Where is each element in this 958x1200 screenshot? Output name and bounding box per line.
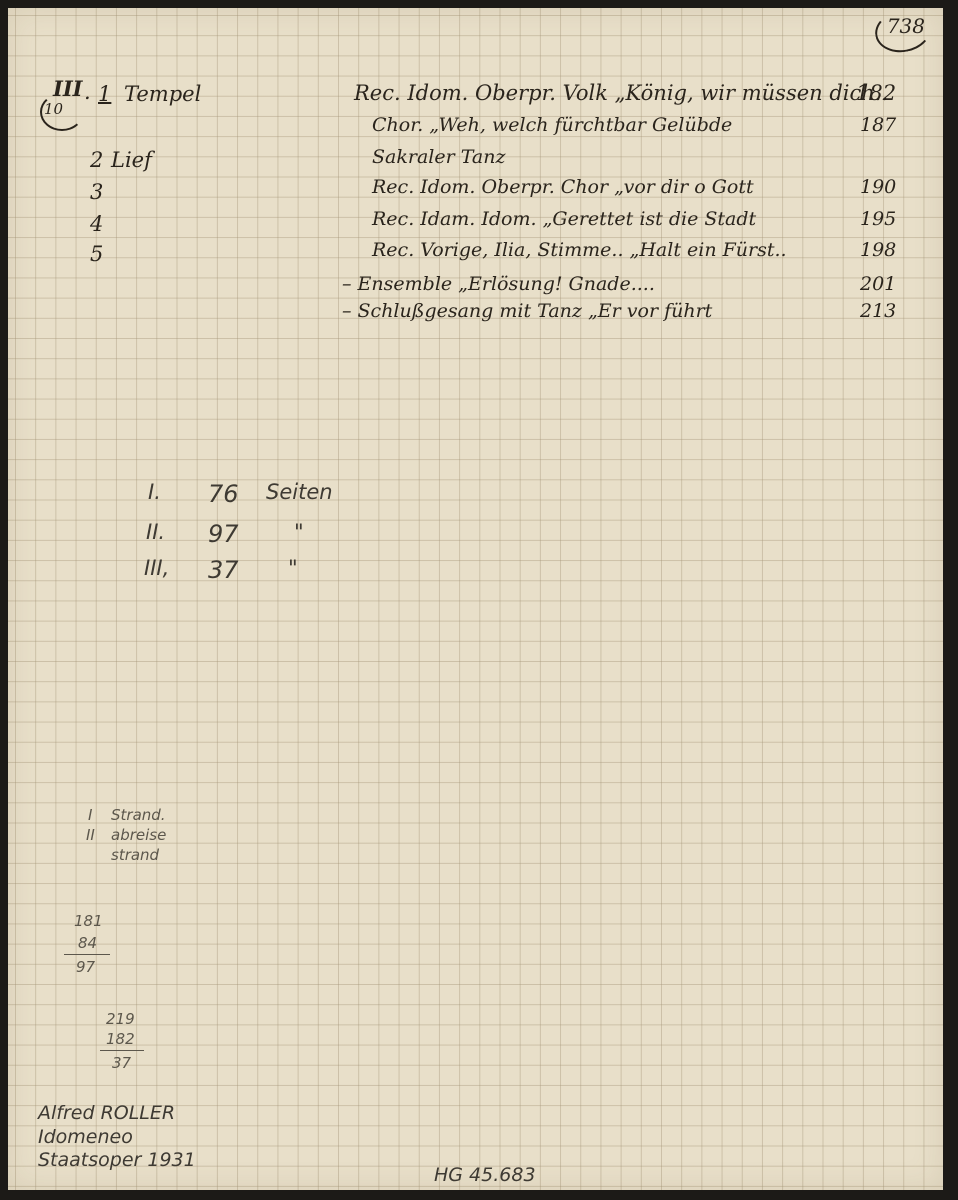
count-unit-1: Seiten	[266, 480, 333, 504]
set-label-2: II	[86, 826, 95, 844]
scene-location-1: Tempel	[124, 82, 201, 106]
entry-text-4: Rec. Idom. Oberpr. Chor „vor dir o Gott	[372, 176, 754, 198]
count-unit-3: "	[288, 556, 298, 580]
set-label-1: I	[88, 806, 92, 824]
count-value-3: 37	[208, 556, 239, 584]
grid-paper-page: 738 III 10 . 1 Tempel 2 Lief 3 4 5 Rec. …	[8, 8, 943, 1190]
entry-page-4: 190	[860, 176, 896, 198]
signature-line-1: Alfred ROLLER	[38, 1102, 175, 1124]
scene-number-5: 5	[90, 242, 103, 266]
set-text-1: Strand.	[111, 806, 166, 824]
scene-number-3: 3	[90, 180, 103, 204]
set-text-3: strand	[111, 846, 159, 864]
scene-number-4: 4	[90, 212, 103, 236]
count-value-2: 97	[208, 520, 239, 548]
entry-page-7: 201	[860, 273, 896, 295]
calc1-result: 97	[76, 958, 95, 976]
scene-number-2: 2	[90, 148, 103, 172]
act-numeral: III	[53, 76, 82, 101]
entry-page-8: 213	[860, 300, 896, 322]
entry-text-3: Sakraler Tanz	[372, 146, 505, 168]
count-act-1: I.	[148, 480, 161, 504]
act-circled-number: 10	[44, 100, 63, 118]
entry-text-7: – Ensemble „Erlösung! Gnade....	[342, 273, 655, 295]
entry-text-8: – Schlußgesang mit Tanz „Er vor führt	[342, 300, 712, 322]
entry-text-2: Chor. „Weh, welch fürchtbar Gelübde	[372, 114, 732, 136]
signature-line-2: Idomeneo	[38, 1126, 133, 1148]
act-separator: .	[84, 80, 91, 104]
calc1-b: 84	[78, 934, 97, 952]
scene-number-1: 1	[98, 82, 111, 106]
entry-page-5: 195	[860, 208, 896, 230]
calc2-b: 182	[106, 1030, 135, 1048]
scene-location-2: Lief	[111, 148, 152, 172]
count-value-1: 76	[208, 480, 239, 508]
calc1-rule	[64, 954, 110, 955]
signature-line-3: Staatsoper 1931	[38, 1149, 196, 1171]
calc2-rule	[100, 1050, 144, 1051]
set-text-2: abreise	[111, 826, 166, 844]
calc2-result: 37	[112, 1054, 131, 1072]
page-number: 738	[887, 14, 925, 38]
entry-text-6: Rec. Vorige, Ilia, Stimme.. „Halt ein Fü…	[372, 239, 787, 261]
calc2-a: 219	[106, 1010, 135, 1028]
entry-page-6: 198	[860, 239, 896, 261]
entry-text-5: Rec. Idam. Idom. „Gerettet ist die Stadt	[372, 208, 756, 230]
entry-page-1: 182	[856, 81, 896, 105]
archive-number: HG 45.683	[434, 1164, 536, 1186]
calc1-a: 181	[74, 912, 103, 930]
count-unit-2: "	[294, 520, 304, 544]
count-act-3: III,	[144, 556, 169, 580]
count-act-2: II.	[146, 520, 165, 544]
entry-page-2: 187	[860, 114, 896, 136]
entry-text-1: Rec. Idom. Oberpr. Volk „König, wir müss…	[354, 81, 888, 105]
